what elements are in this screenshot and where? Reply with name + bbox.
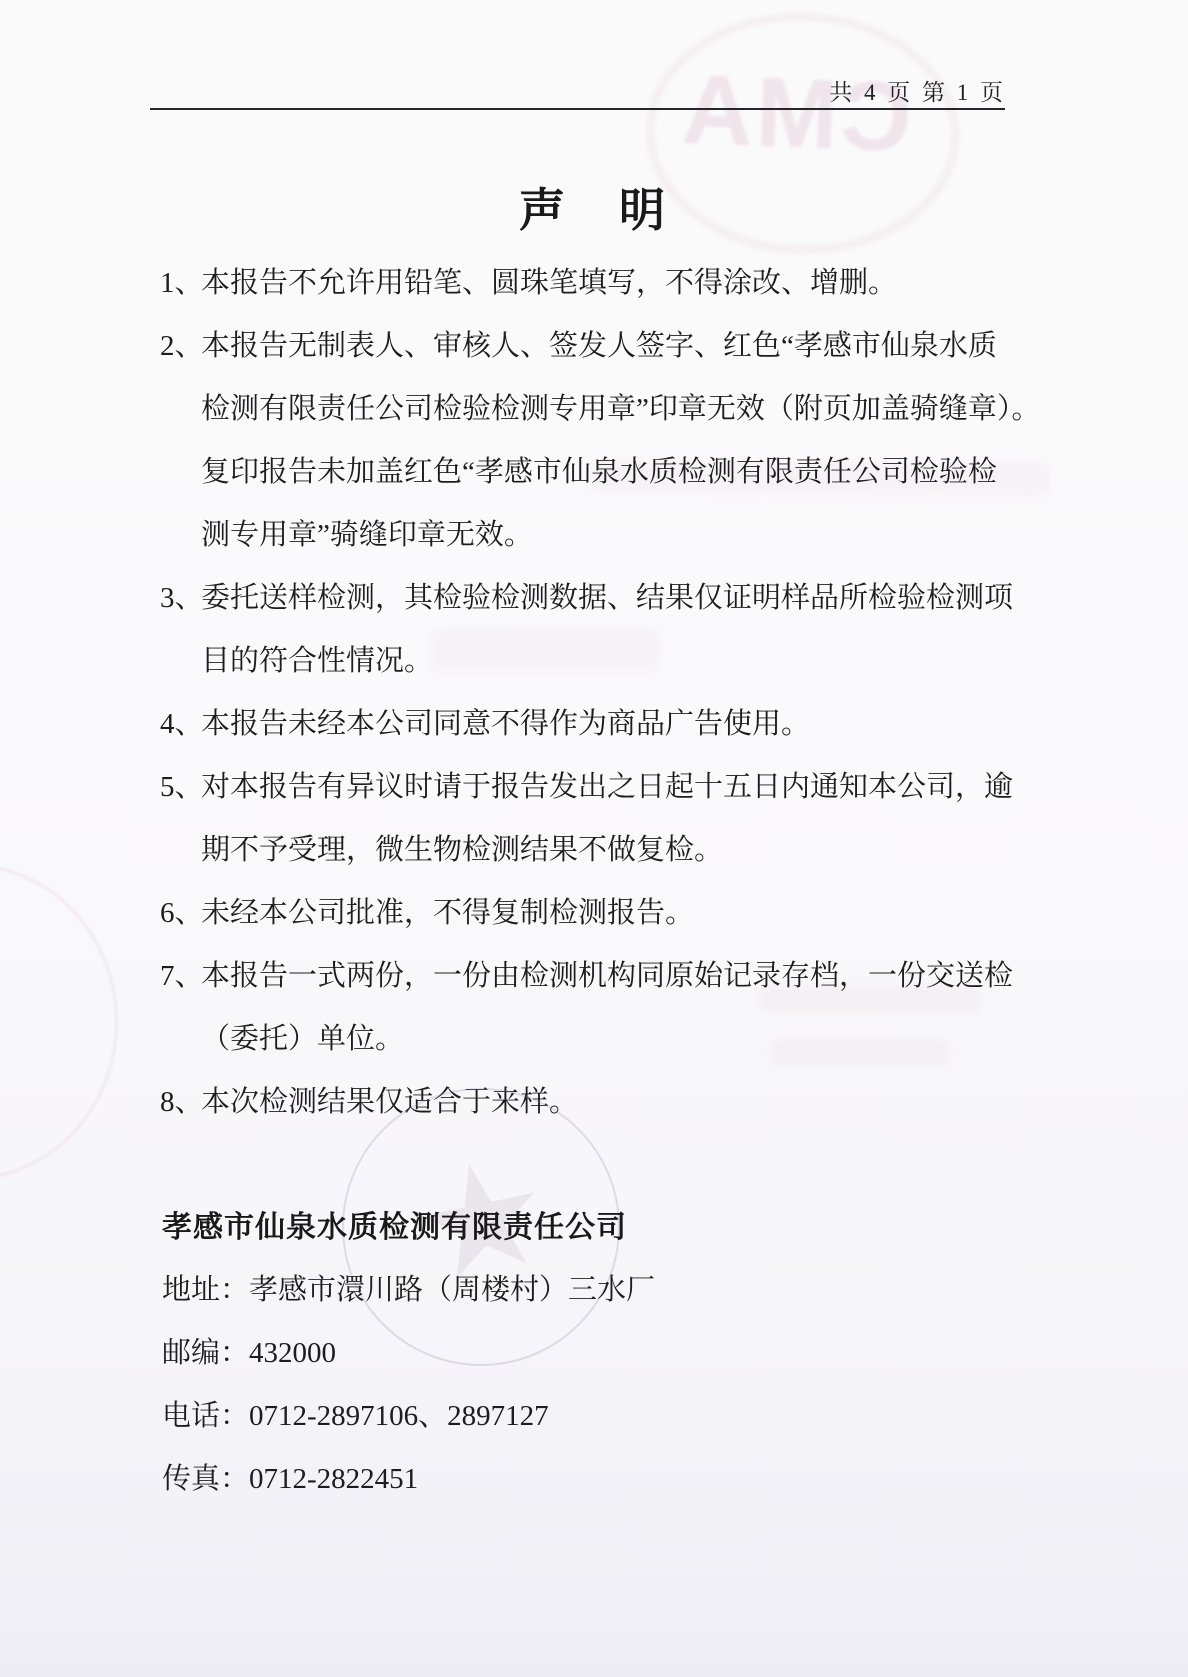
item-number: 8、 bbox=[160, 1071, 201, 1134]
scanned-document-page: CMA 共 4 页 第 1 页 声 明 1、本报告不允许用铅笔、圆珠笔填写，不得… bbox=[0, 0, 1188, 1677]
statement-item-3: 3、委托送样检测，其检验检测数据、结果仅证明样品所检验检测项 bbox=[160, 567, 1060, 630]
statement-item-2-line-3: 复印报告未加盖红色“孝感市仙泉水质检测有限责任公司检验检 bbox=[160, 441, 1060, 504]
item-line: 委托送样检测，其检验检测数据、结果仅证明样品所检验检测项 bbox=[201, 582, 1013, 614]
statement-item-4: 4、本报告未经本公司同意不得作为商品广告使用。 bbox=[160, 693, 1060, 756]
item-line: 对本报告有异议时请于报告发出之日起十五日内通知本公司，逾 bbox=[201, 771, 1013, 803]
cma-letters: CMA bbox=[658, 33, 933, 192]
company-info: 孝感市仙泉水质检测有限责任公司 地址：孝感市澴川路（周楼村）三水厂 邮编：432… bbox=[162, 1196, 655, 1511]
item-line: 本次检测结果仅适合于来样。 bbox=[201, 1086, 578, 1118]
company-address: 地址：孝感市澴川路（周楼村）三水厂 bbox=[162, 1259, 655, 1322]
statement-item-7-line-2: （委托）单位。 bbox=[160, 1008, 1060, 1071]
statement-item-7: 7、本报告一式两份，一份由检测机构同原始记录存档，一份交送检 bbox=[160, 945, 1060, 1008]
statement-item-3-line-2: 目的符合性情况。 bbox=[160, 630, 1060, 693]
statement-item-6: 6、未经本公司批准，不得复制检测报告。 bbox=[160, 882, 1060, 945]
statement-item-1: 1、本报告不允许用铅笔、圆珠笔填写，不得涂改、增删。 bbox=[160, 252, 1060, 315]
statement-item-2: 2、本报告无制表人、审核人、签发人签字、红色“孝感市仙泉水质 bbox=[160, 315, 1060, 378]
company-phone: 电话：0712-2897106、2897127 bbox=[162, 1385, 655, 1448]
item-number: 7、 bbox=[160, 945, 201, 1008]
item-number: 5、 bbox=[160, 756, 201, 819]
statement-item-2-line-2: 检测有限责任公司检验检测专用章”印章无效（附页加盖骑缝章）。 bbox=[160, 378, 1060, 441]
statement-item-8: 8、本次检测结果仅适合于来样。 bbox=[160, 1071, 1060, 1134]
company-name: 孝感市仙泉水质检测有限责任公司 bbox=[162, 1196, 655, 1259]
item-number: 6、 bbox=[160, 882, 201, 945]
statement-item-5-line-2: 期不予受理，微生物检测结果不做复检。 bbox=[160, 819, 1060, 882]
header-rule bbox=[150, 108, 1005, 110]
item-line: 未经本公司批准，不得复制检测报告。 bbox=[201, 897, 694, 929]
item-number: 1、 bbox=[160, 252, 201, 315]
seal-bleed-left-edge bbox=[0, 864, 118, 1180]
company-postcode: 邮编：432000 bbox=[162, 1322, 655, 1385]
item-line: 本报告不允许用铅笔、圆珠笔填写，不得涂改、增删。 bbox=[201, 267, 897, 299]
statement-item-2-line-4: 测专用章”骑缝印章无效。 bbox=[160, 504, 1060, 567]
page-indicator: 共 4 页 第 1 页 bbox=[829, 74, 1006, 107]
document-title: 声 明 bbox=[0, 174, 1188, 240]
statement-list: 1、本报告不允许用铅笔、圆珠笔填写，不得涂改、增删。 2、本报告无制表人、审核人… bbox=[160, 252, 1060, 1134]
statement-item-5: 5、对本报告有异议时请于报告发出之日起十五日内通知本公司，逾 bbox=[160, 756, 1060, 819]
item-number: 2、 bbox=[160, 315, 201, 378]
company-fax: 传真：0712-2822451 bbox=[162, 1448, 655, 1511]
item-number: 4、 bbox=[160, 693, 201, 756]
item-number: 3、 bbox=[160, 567, 201, 630]
item-line: 本报告无制表人、审核人、签发人签字、红色“孝感市仙泉水质 bbox=[201, 330, 997, 362]
item-line: 本报告一式两份，一份由检测机构同原始记录存档，一份交送检 bbox=[201, 960, 1013, 992]
item-line: 本报告未经本公司同意不得作为商品广告使用。 bbox=[201, 708, 810, 740]
